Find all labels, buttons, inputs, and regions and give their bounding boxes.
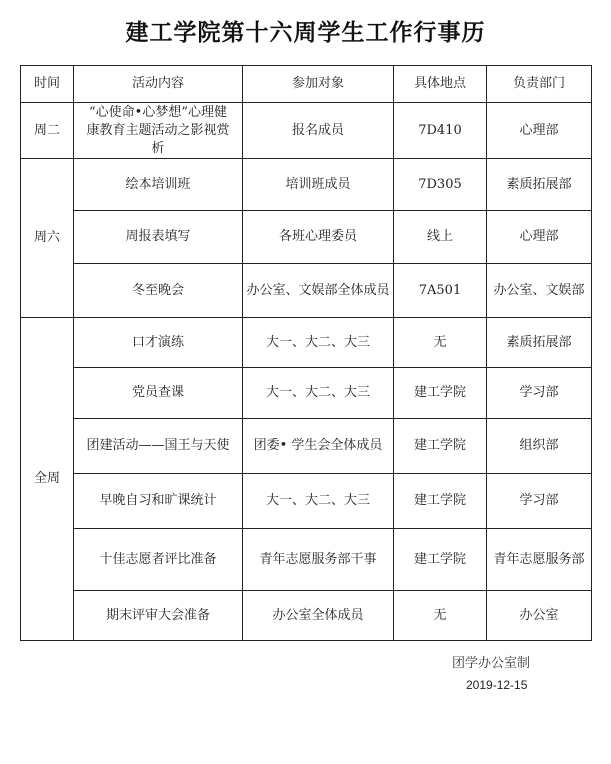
department-cell: 办公室 <box>487 591 592 641</box>
activity-cell: “心使命•心梦想”心理健康教育主题活动之影视赏析 <box>74 103 243 159</box>
document-title: 建工学院第十六周学生工作行事历 <box>0 14 611 47</box>
header-department: 负责部门 <box>487 66 592 103</box>
footer-date: 2019-12-15 <box>466 678 527 692</box>
activity-cell: 党员查课 <box>74 368 243 419</box>
participants-cell: 团委• 学生会全体成员 <box>243 419 394 474</box>
header-participants: 参加对象 <box>243 66 394 103</box>
activity-cell: 冬至晚会 <box>74 264 243 318</box>
activity-cell: 绘本培训班 <box>74 159 243 211</box>
location-cell: 建工学院 <box>394 529 487 591</box>
table-row: 全周 口才演练 大一、大二、大三 无 素质拓展部 <box>21 318 592 368</box>
location-cell: 无 <box>394 591 487 641</box>
schedule-table: 时间 活动内容 参加对象 具体地点 负责部门 周二 “心使命•心梦想”心理健康教… <box>20 65 592 641</box>
activity-cell: 期末评审大会准备 <box>74 591 243 641</box>
participants-cell: 大一、大二、大三 <box>243 318 394 368</box>
department-cell: 组织部 <box>487 419 592 474</box>
location-cell: 建工学院 <box>394 474 487 529</box>
table-row: 周六 绘本培训班 培训班成员 7D305 素质拓展部 <box>21 159 592 211</box>
table-row: 党员查课 大一、大二、大三 建工学院 学习部 <box>21 368 592 419</box>
location-cell: 线上 <box>394 211 487 264</box>
table-row: 团建活动——国王与天使 团委• 学生会全体成员 建工学院 组织部 <box>21 419 592 474</box>
location-cell: 无 <box>394 318 487 368</box>
department-cell: 心理部 <box>487 103 592 159</box>
participants-cell: 办公室、文娱部全体成员 <box>243 264 394 318</box>
table-row: 早晚自习和旷课统计 大一、大二、大三 建工学院 学习部 <box>21 474 592 529</box>
table-header-row: 时间 活动内容 参加对象 具体地点 负责部门 <box>21 66 592 103</box>
header-location: 具体地点 <box>394 66 487 103</box>
activity-cell: 周报表填写 <box>74 211 243 264</box>
participants-cell: 大一、大二、大三 <box>243 368 394 419</box>
time-cell: 周二 <box>21 103 74 159</box>
department-cell: 学习部 <box>487 368 592 419</box>
location-cell: 建工学院 <box>394 419 487 474</box>
participants-cell: 办公室全体成员 <box>243 591 394 641</box>
department-cell: 学习部 <box>487 474 592 529</box>
table-row: 周二 “心使命•心梦想”心理健康教育主题活动之影视赏析 报名成员 7D410 心… <box>21 103 592 159</box>
department-cell: 素质拓展部 <box>487 318 592 368</box>
table-row: 十佳志愿者评比准备 青年志愿服务部干事 建工学院 青年志愿服务部 <box>21 529 592 591</box>
location-cell: 7D305 <box>394 159 487 211</box>
participants-cell: 青年志愿服务部干事 <box>243 529 394 591</box>
table-row: 冬至晚会 办公室、文娱部全体成员 7A501 办公室、文娱部 <box>21 264 592 318</box>
participants-cell: 培训班成员 <box>243 159 394 211</box>
activity-cell: 十佳志愿者评比准备 <box>74 529 243 591</box>
department-cell: 办公室、文娱部 <box>487 264 592 318</box>
activity-cell: 团建活动——国王与天使 <box>74 419 243 474</box>
participants-cell: 报名成员 <box>243 103 394 159</box>
time-cell: 全周 <box>21 318 74 641</box>
header-activity: 活动内容 <box>74 66 243 103</box>
location-cell: 7D410 <box>394 103 487 159</box>
activity-cell: 早晚自习和旷课统计 <box>74 474 243 529</box>
location-cell: 7A501 <box>394 264 487 318</box>
footer-organization: 团学办公室制 <box>452 652 530 671</box>
table-row: 期末评审大会准备 办公室全体成员 无 办公室 <box>21 591 592 641</box>
location-cell: 建工学院 <box>394 368 487 419</box>
header-time: 时间 <box>21 66 74 103</box>
department-cell: 心理部 <box>487 211 592 264</box>
activity-cell: 口才演练 <box>74 318 243 368</box>
table-row: 周报表填写 各班心理委员 线上 心理部 <box>21 211 592 264</box>
time-cell: 周六 <box>21 159 74 318</box>
department-cell: 素质拓展部 <box>487 159 592 211</box>
participants-cell: 大一、大二、大三 <box>243 474 394 529</box>
participants-cell: 各班心理委员 <box>243 211 394 264</box>
department-cell: 青年志愿服务部 <box>487 529 592 591</box>
